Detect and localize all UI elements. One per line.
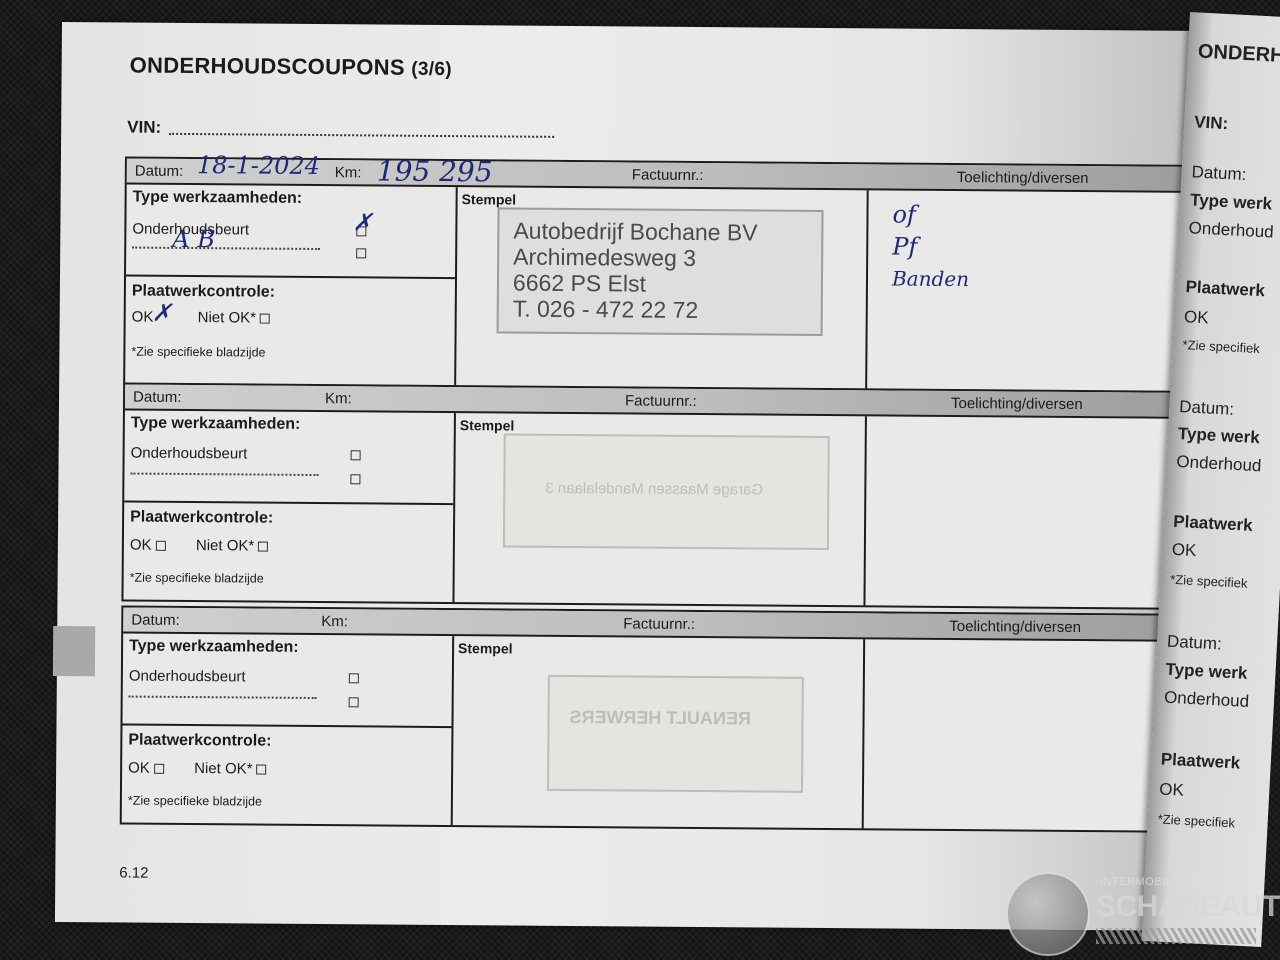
work-type-column: Type werkzaamheden: Onderhoudsbeurt ✗ A … <box>125 185 458 390</box>
extra-work-checkbox[interactable] <box>346 470 360 487</box>
bleed-through-stamp: Garage Maassen Mandelalaan 3 <box>503 433 830 550</box>
bleed-through-stamp: RENAULT HERWERS <box>547 675 804 793</box>
section-tab-marker <box>53 626 95 676</box>
stempel-label: Stempel <box>460 417 515 433</box>
toelichting-label: Toelichting/diversen <box>957 169 1089 187</box>
stempel-label: Stempel <box>462 191 517 207</box>
plaatwerk-niet-ok-option[interactable]: Niet OK* <box>196 537 268 555</box>
extra-work-checkbox[interactable] <box>345 693 359 710</box>
vin-field[interactable] <box>169 133 554 138</box>
stamp-column: Stempel Autobedrijf Bochane BV Archimede… <box>456 187 869 392</box>
plaatwerk-niet-ok-option[interactable]: Niet OK* <box>198 309 270 327</box>
plaatwerkcontrole-label: Plaatwerkcontrole: <box>128 732 271 751</box>
stamp-column: Stempel Garage Maassen Mandelalaan 3 <box>454 413 866 605</box>
work-type-section: Type werkzaamheden: Onderhoudsbeurt <box>122 633 452 728</box>
extra-work-value: A B <box>172 225 215 253</box>
onderhoudsbeurt-label: Onderhoudsbeurt <box>129 668 246 686</box>
onderhoudsbeurt-checkbox[interactable] <box>347 446 361 463</box>
km-label: Km: <box>335 164 362 181</box>
factuurnr-label: Factuurnr.: <box>623 615 695 633</box>
page-title-suffix: (3/6) <box>411 59 452 80</box>
extra-work-checkbox[interactable] <box>352 244 366 261</box>
stamp-column: Stempel RENAULT HERWERS <box>453 636 865 828</box>
coupon-3: Datum: Km: Factuurnr.: Toelichting/diver… <box>120 605 1192 832</box>
work-type-section: Type werkzaamheden: Onderhoudsbeurt <box>124 411 454 506</box>
extra-work-field[interactable] <box>132 247 320 250</box>
plaatwerk-ok-option[interactable]: OK <box>132 309 154 326</box>
work-type-column: Type werkzaamheden: Onderhoudsbeurt Plaa… <box>123 411 455 603</box>
watermark: INTERMOBILITAS SCHADEAUTOS.NL <box>1000 872 1280 960</box>
toelichting-column: of Pf Banden <box>867 190 1193 395</box>
toelichting-notes[interactable]: of Pf Banden <box>892 199 970 296</box>
stamp-text: Autobedrijf Bochane BV Archimedesweg 3 6… <box>513 218 758 324</box>
extra-work-field[interactable] <box>130 473 318 476</box>
toelichting-column[interactable] <box>864 639 1189 831</box>
footnote: *Zie specifieke bladzijde <box>130 571 264 586</box>
onderhoudsbeurt-checkbox[interactable] <box>345 669 359 686</box>
coupon-2: Datum: Km: Factuurnr.: Toelichting/diver… <box>121 382 1193 609</box>
footnote: *Zie specifieke bladzijde <box>131 345 265 360</box>
type-werkzaamheden-label: Type werkzaamheden: <box>131 415 301 434</box>
globe-icon <box>1006 872 1090 956</box>
km-label: Km: <box>325 390 352 407</box>
toelichting-label: Toelichting/diversen <box>949 618 1081 636</box>
km-label: Km: <box>321 613 348 630</box>
work-type-column: Type werkzaamheden: Onderhoudsbeurt Plaa… <box>122 633 454 825</box>
type-werkzaamheden-label: Type werkzaamheden: <box>129 638 299 657</box>
page-number: 6.12 <box>119 864 148 881</box>
check-mark-icon: ✗ <box>352 208 372 236</box>
plaatwerkcontrole-label: Plaatwerkcontrole: <box>130 509 273 528</box>
toelichting-label: Toelichting/diversen <box>951 395 1083 413</box>
dealer-stamp: Autobedrijf Bochane BV Archimedesweg 3 6… <box>497 207 824 336</box>
datum-label: Datum: <box>131 612 179 629</box>
onderhoudsbeurt-label: Onderhoudsbeurt <box>131 445 248 463</box>
toelichting-column[interactable] <box>865 416 1190 608</box>
work-type-section: Type werkzaamheden: Onderhoudsbeurt ✗ A … <box>126 185 456 280</box>
type-werkzaamheden-label: Type werkzaamheden: <box>133 189 303 208</box>
plaatwerk-ok-option[interactable]: OK <box>130 537 166 554</box>
km-value[interactable]: 195 295 <box>377 154 493 188</box>
coupon-1: Datum: 18-1-2024 Km: 195 295 Factuurnr.:… <box>123 156 1195 396</box>
footnote: *Zie specifieke bladzijde <box>128 794 262 809</box>
datum-value[interactable]: 18-1-2024 <box>197 151 320 180</box>
factuurnr-label: Factuurnr.: <box>625 392 697 410</box>
vin-label: VIN: <box>127 118 161 138</box>
page-title: ONDERHOUDSCOUPONS (3/6) <box>130 53 452 82</box>
plaatwerk-niet-ok-option[interactable]: Niet OK* <box>194 760 266 778</box>
stempel-label: Stempel <box>458 640 513 656</box>
extra-work-field[interactable] <box>129 696 317 699</box>
factuurnr-label: Factuurnr.: <box>632 166 704 184</box>
booklet-page: ONDERHOUDSCOUPONS (3/6) VIN: Datum: 18-1… <box>55 22 1212 931</box>
plaatwerk-ok-option[interactable]: OK <box>128 760 164 777</box>
datum-label: Datum: <box>135 163 183 180</box>
check-mark-icon: ✗ <box>152 299 172 327</box>
datum-label: Datum: <box>133 389 181 406</box>
